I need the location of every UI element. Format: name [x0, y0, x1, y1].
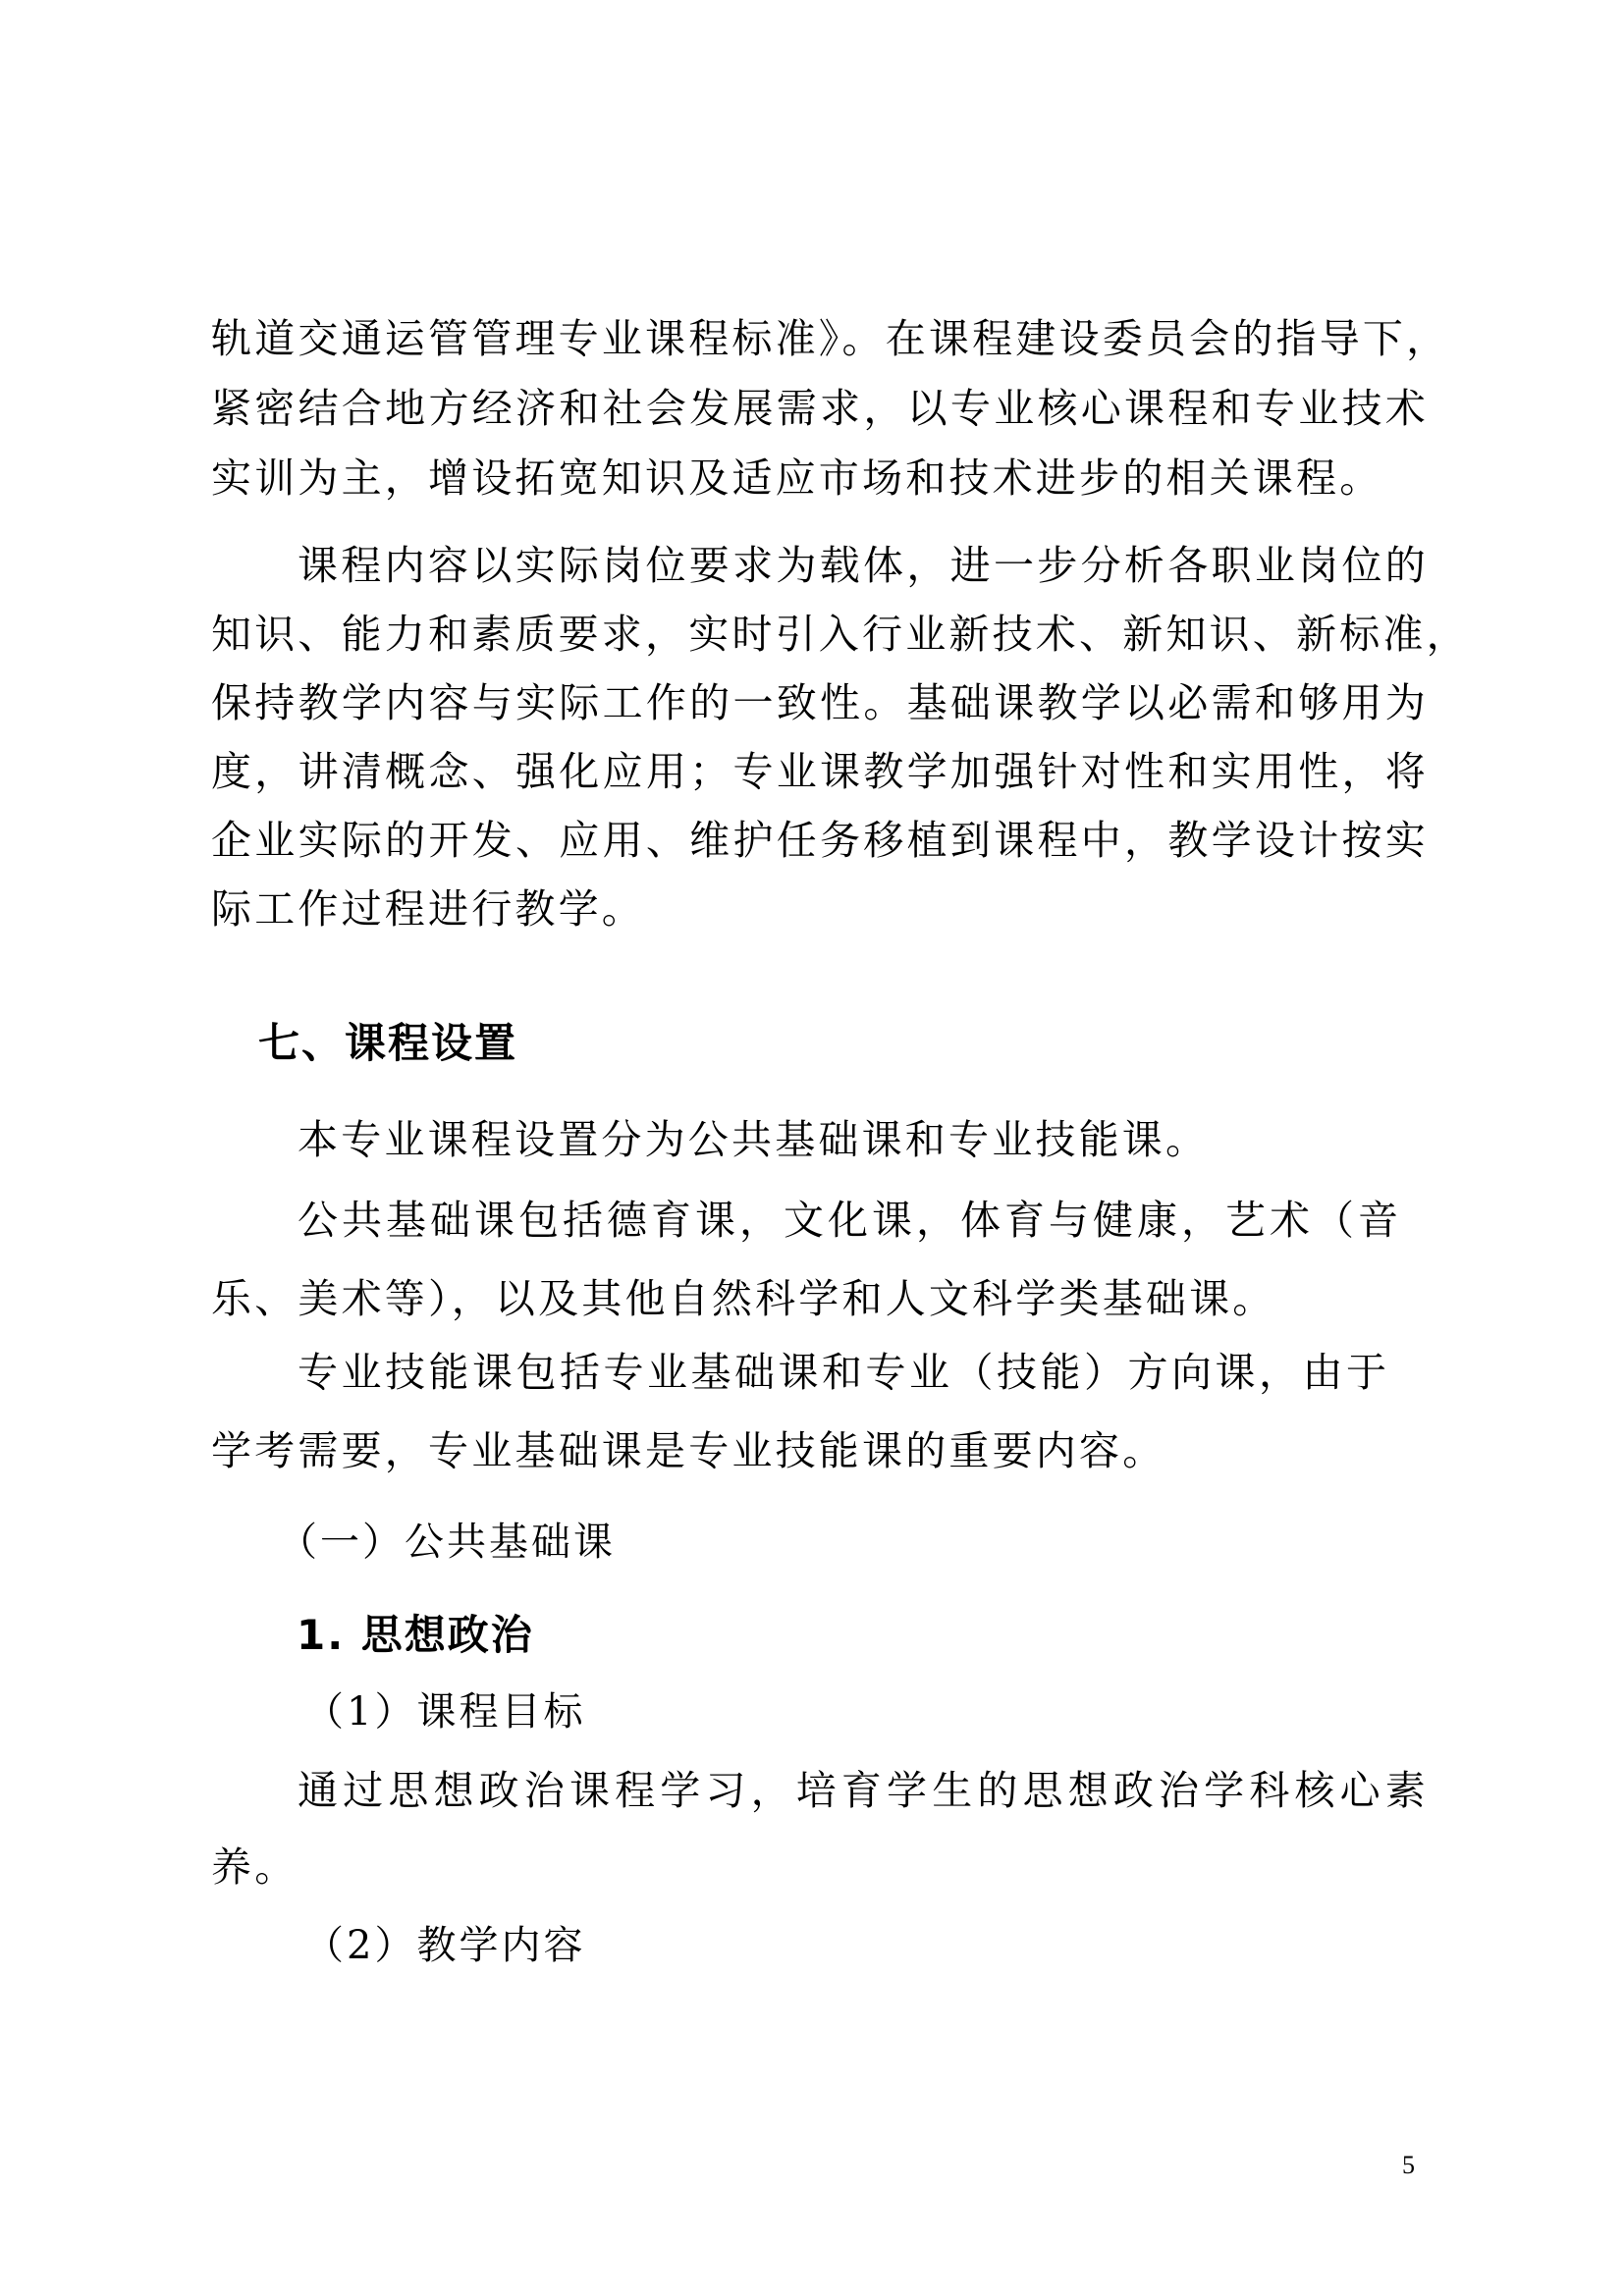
body-text-line: 轨道交通运管管理专业课程标准》。在课程建设委员会的指导下，	[211, 309, 1429, 368]
body-text-line: 度，讲清概念、强化应用；专业课教学加强针对性和实用性，将	[211, 742, 1429, 801]
body-text-line: 课程内容以实际岗位要求为载体，进一步分析各职业岗位的	[298, 536, 1429, 595]
course-goal-heading: （1）课程目标	[304, 1682, 585, 1741]
body-text-line: 际工作过程进行教学。	[211, 880, 1429, 938]
subsection-heading: （一）公共基础课	[278, 1513, 616, 1572]
body-text-line: 企业实际的开发、应用、维护任务移植到课程中，教学设计按实	[211, 811, 1429, 870]
body-text-line: 专业技能课包括专业基础课和专业（技能）方向课，由于	[298, 1343, 1358, 1402]
body-text-line: 学考需要，专业基础课是专业技能课的重要内容。	[211, 1421, 1429, 1480]
body-text-line: 紧密结合地方经济和社会发展需求，以专业核心课程和专业技术	[211, 379, 1429, 438]
body-text-line: 保持教学内容与实际工作的一致性。基础课教学以必需和够用为	[211, 673, 1429, 732]
body-text-line: 知识、能力和素质要求，实时引入行业新技术、新知识、新标准，	[211, 605, 1429, 664]
page-number: 5	[1402, 2150, 1415, 2181]
section-heading: 七、课程设置	[258, 1014, 517, 1073]
course-heading: 1. 思想政治	[297, 1606, 534, 1665]
course-content-heading: （2）教学内容	[304, 1916, 585, 1975]
body-text-line: 实训为主，增设拓宽知识及适应市场和技术进步的相关课程。	[211, 449, 1429, 507]
body-text-line: 乐、美术等），以及其他自然科学和人文科学类基础课。	[211, 1269, 1429, 1328]
body-text-line: 通过思想政治课程学习，培育学生的思想政治学科核心素	[298, 1761, 1429, 1820]
body-text-line: 公共基础课包括德育课，文化课，体育与健康，艺术（音	[298, 1191, 1338, 1250]
body-text-line: 养。	[211, 1838, 1429, 1896]
body-text-line: 本专业课程设置分为公共基础课和专业技能课。	[298, 1110, 1429, 1169]
